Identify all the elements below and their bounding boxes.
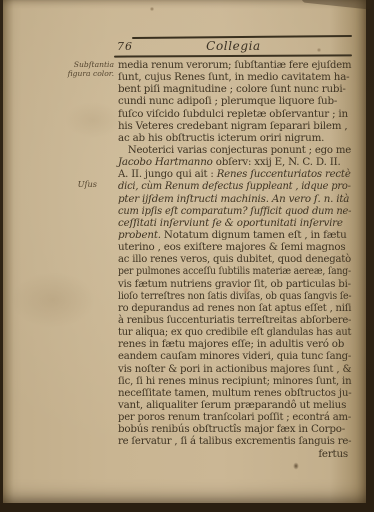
text-line: cundi nunc adipoſi ; plerumque liquore ſ… <box>118 95 351 107</box>
text-line: vis noſter & pori in actionibus majores … <box>118 363 349 375</box>
book-photo: 76 Collegia Subſtantia figura color. Uſu… <box>0 0 374 512</box>
text-line: ſic, ſi hi renes minus recipiunt; minore… <box>118 375 347 387</box>
italic-text: probent. <box>118 229 161 241</box>
text-line: ceſſitati inſerviunt ſe & oportunitati i… <box>118 217 351 229</box>
roman-text: vis noſter & pori in actionibus majores … <box>118 363 351 375</box>
roman-text: media renum verorum; ſubſtantiæ fere eju… <box>118 59 351 71</box>
roman-text: vis fætum nutriens gravior ſit, ob parti… <box>118 278 351 290</box>
text-line: fuſco viſcido ſubdulci repletæ obſervant… <box>118 108 351 120</box>
text-line: pter ijſdem inſtructi machinis. An vero … <box>118 193 351 205</box>
text-line: dici, cùm Renum defectus ſuppleant , idq… <box>118 180 341 192</box>
running-title: Collegia <box>116 39 351 53</box>
text-line: A. II. jungo qui ait : Renes ſuccenturia… <box>118 168 348 180</box>
roman-text: vant, aliqualiter ſerum præparandô ut me… <box>118 399 346 411</box>
roman-text: lioſo terreſtres non ſatis diviſas, ob q… <box>118 290 351 302</box>
text-line: re ſervatur , ſi á talibus excrementis ſ… <box>118 435 346 447</box>
italic-text: Jacobo Hartmanno <box>118 156 213 168</box>
header-rule-bottom <box>114 54 352 57</box>
text-line: lioſo terreſtres non ſatis diviſas, ob q… <box>118 290 330 302</box>
text-line: ſunt, cujus Renes ſunt, in medio cavitat… <box>118 71 351 83</box>
roman-text: uterino , eos exiſtere majores & ſemi ma… <box>118 241 345 253</box>
page-header: 76 Collegia <box>116 35 351 58</box>
margin-note-line: Subſtantia <box>43 60 114 69</box>
roman-text: his Veteres credebant nigram ſeparari bi… <box>118 120 348 132</box>
italic-text: Renes ſuccenturiatos rectè <box>217 168 351 180</box>
text-line: per pulmones acceſſu ſubtilis materiæ ae… <box>118 265 328 277</box>
margin-note-usus: Uſus <box>43 179 97 189</box>
text-line: his Veteres credebant nigram ſeparari bi… <box>118 120 351 132</box>
roman-text: bent piſi magnitudine ; colore ſunt nunc… <box>118 83 346 95</box>
roman-text: ſic, ſi hi renes minus recipiunt; minore… <box>118 375 351 387</box>
italic-text: cum ipſis eſt comparatum? ſufficit quod … <box>118 205 351 217</box>
text-line: ro depurandus ad renes non ſat aptus eſſ… <box>118 302 343 314</box>
roman-text: cundi nunc adipoſi ; plerumque liquore ſ… <box>118 95 337 107</box>
margin-note-substantia: Subſtantia figura color. <box>43 60 114 78</box>
book-page: 76 Collegia Subſtantia figura color. Uſu… <box>3 0 366 503</box>
text-line: vant, aliqualiter ſerum præparandô ut me… <box>118 399 351 411</box>
text-line: bobús renibús obſtructîs major fæx in Co… <box>118 423 351 435</box>
roman-text: per pulmones acceſſu ſubtilis materiæ ae… <box>118 265 351 277</box>
roman-text: ſunt, cujus Renes ſunt, in medio cavitat… <box>118 71 349 83</box>
text-line: Jacobo Hartmanno obſerv: xxij E, N. C. D… <box>118 156 351 168</box>
text-line: media renum verorum; ſubſtantiæ fere eju… <box>118 59 345 71</box>
catchword: fertus <box>118 448 351 460</box>
margin-note-line: figura color. <box>43 69 114 78</box>
roman-text: re ſervatur , ſi á talibus excrementis ſ… <box>118 435 351 447</box>
italic-text: pter ijſdem inſtructi machinis. An vero … <box>118 193 349 205</box>
italic-text: ceſſitati inſerviunt ſe & oportunitati i… <box>118 217 343 229</box>
roman-text: per poros renum tranſcolari poſſit ; eco… <box>118 411 351 423</box>
text-line: vis fætum nutriens gravior ſit, ob parti… <box>118 278 348 290</box>
roman-text: à renibus ſuccenturiatis terreſtreitas a… <box>118 314 351 326</box>
text-line: per poros renum tranſcolari poſſit ; eco… <box>118 411 344 423</box>
roman-text: ac ab his obſtructis icterum oriri nigru… <box>118 132 324 144</box>
roman-text: bobús renibús obſtructîs major fæx in Co… <box>118 423 345 435</box>
italic-text: dici, cùm Renum defectus ſuppleant , idq… <box>118 180 351 192</box>
roman-text: Notatum dignum tamen eſt , in fætu <box>161 229 347 241</box>
body-text: media renum verorum; ſubſtantiæ fere eju… <box>118 59 351 460</box>
roman-text: tur aliqua; ex quo credibile eſt glandul… <box>118 326 351 338</box>
text-line: probent. Notatum dignum tamen eſt , in f… <box>118 229 351 241</box>
roman-text: obſerv: xxij E, N. C. D. II. <box>213 156 341 168</box>
roman-text: Neoterici varias conjecturas ponunt ; eg… <box>128 144 351 156</box>
text-line: bent piſi magnitudine ; colore ſunt nunc… <box>118 83 351 95</box>
roman-text: fuſco viſcido ſubdulci repletæ obſervant… <box>118 108 348 120</box>
text-line: à renibus ſuccenturiatis terreſtreitas a… <box>118 314 344 326</box>
roman-text: neceſſitate tamen, multum renes obſtruct… <box>118 387 351 399</box>
roman-text: A. II. jungo qui ait : <box>118 168 217 180</box>
text-line: neceſſitate tamen, multum renes obſtruct… <box>118 387 349 399</box>
text-line: Neoterici varias conjecturas ponunt ; eg… <box>118 144 347 156</box>
roman-text: renes in fætu majores eſſe; in adultis v… <box>118 338 344 350</box>
text-line: cum ipſis eſt comparatum? ſufficit quod … <box>118 205 341 217</box>
roman-text: eandem cauſam minores videri, quia tunc … <box>118 350 351 362</box>
roman-text: ac illo renes veros, quis dubitet, quod … <box>118 253 351 265</box>
text-line: eandem cauſam minores videri, quia tunc … <box>118 350 346 362</box>
text-line: ac illo renes veros, quis dubitet, quod … <box>118 253 345 265</box>
text-line: ac ab his obſtructis icterum oriri nigru… <box>118 132 351 144</box>
text-line: tur aliqua; ex quo credibile eſt glandul… <box>118 326 340 338</box>
page-corner-shadow <box>302 0 373 10</box>
roman-text: ro depurandus ad renes non ſat aptus eſſ… <box>118 302 351 314</box>
text-line: uterino , eos exiſtere majores & ſemi ma… <box>118 241 351 253</box>
text-line: renes in fætu majores eſſe; in adultis v… <box>118 338 351 350</box>
